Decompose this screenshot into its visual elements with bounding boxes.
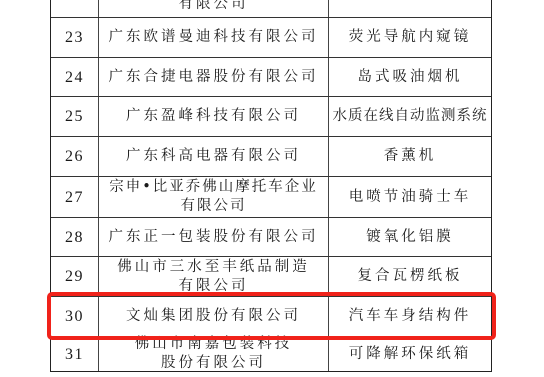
- company-name: 有限公司: [99, 0, 329, 17]
- row-number: 27: [51, 177, 99, 217]
- company-name-line: 广东欧谱曼迪科技有限公司: [109, 28, 319, 47]
- row-number: 24: [51, 58, 99, 96]
- company-product-table: 有限公司 23 广东欧谱曼迪科技有限公司 荧光导航内窥镜 24 广东合捷电器股份…: [50, 0, 492, 372]
- company-name: 广东盈峰科技有限公司: [99, 97, 329, 136]
- company-name-line: 有限公司: [179, 277, 249, 296]
- company-name: 佛山市南嘉包装科技 股份有限公司: [99, 337, 329, 371]
- table-row: 28 广东正一包装股份有限公司 镀氧化铝膜: [51, 217, 491, 256]
- row-number: 29: [51, 257, 99, 296]
- table-row: 23 广东欧谱曼迪科技有限公司 荧光导航内窥镜: [51, 17, 491, 57]
- company-name-line: 佛山市南嘉包装科技: [135, 335, 293, 354]
- product-name: 可降解环保纸箱: [329, 337, 491, 371]
- product-name: 水质在线自动监测系统: [329, 97, 491, 136]
- company-name-line: 股份有限公司: [161, 354, 266, 373]
- row-number: 31: [51, 337, 99, 371]
- row-number: 23: [51, 18, 99, 57]
- company-name: 文灿集团股份有限公司: [99, 297, 329, 336]
- company-name: 广东科高电器有限公司: [99, 137, 329, 176]
- row-number: 26: [51, 137, 99, 176]
- table-row: 有限公司: [51, 0, 491, 17]
- company-name: 宗申•比亚乔佛山摩托车企业 有限公司: [99, 177, 329, 217]
- product-name: 镀氧化铝膜: [329, 218, 491, 256]
- table-row: 26 广东科高电器有限公司 香薰机: [51, 136, 491, 176]
- company-name-line: 有限公司: [181, 197, 247, 216]
- table-row: 24 广东合捷电器股份有限公司 岛式吸油烟机: [51, 57, 491, 96]
- table-row: 27 宗申•比亚乔佛山摩托车企业 有限公司 电喷节油骑士车: [51, 176, 491, 217]
- product-name: 复合瓦楞纸板: [329, 257, 491, 296]
- product-name: 电喷节油骑士车: [329, 177, 491, 217]
- table-row: 31 佛山市南嘉包装科技 股份有限公司 可降解环保纸箱: [51, 336, 491, 371]
- company-name-line: 广东科高电器有限公司: [126, 147, 301, 166]
- row-number: 30: [51, 297, 99, 336]
- company-name-line: 广东盈峰科技有限公司: [126, 107, 301, 126]
- company-name-line: 有限公司: [179, 0, 249, 14]
- company-name-line: 文灿集团股份有限公司: [126, 307, 301, 326]
- company-name: 广东合捷电器股份有限公司: [99, 58, 329, 96]
- company-name: 佛山市三水至丰纸品制造 有限公司: [99, 257, 329, 296]
- row-number: 25: [51, 97, 99, 136]
- table-row: 25 广东盈峰科技有限公司 水质在线自动监测系统: [51, 96, 491, 136]
- row-number: 28: [51, 218, 99, 256]
- company-name-line: 宗申•比亚乔佛山摩托车企业: [109, 178, 318, 197]
- product-name: 岛式吸油烟机: [329, 58, 491, 96]
- table-row: 29 佛山市三水至丰纸品制造 有限公司 复合瓦楞纸板: [51, 256, 491, 296]
- table-row-highlighted: 30 文灿集团股份有限公司 汽车车身结构件: [51, 296, 491, 336]
- company-name: 广东正一包装股份有限公司: [99, 218, 329, 256]
- company-name-line: 广东合捷电器股份有限公司: [109, 68, 319, 87]
- company-name: 广东欧谱曼迪科技有限公司: [99, 18, 329, 57]
- product-name: [329, 0, 491, 17]
- company-name-line: 佛山市三水至丰纸品制造: [117, 258, 310, 277]
- product-name: 荧光导航内窥镜: [329, 18, 491, 57]
- company-name-line: 广东正一包装股份有限公司: [109, 228, 319, 247]
- product-name: 香薰机: [329, 137, 491, 176]
- product-name: 汽车车身结构件: [329, 297, 491, 336]
- row-number: [51, 0, 99, 17]
